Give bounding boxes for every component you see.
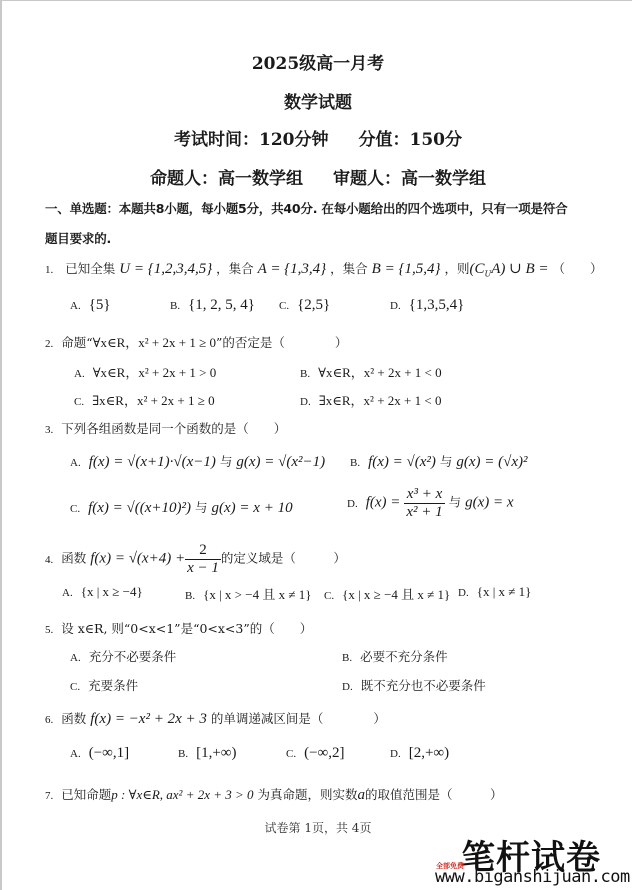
- option-text: [1,+∞): [196, 745, 236, 761]
- math-var: a: [358, 787, 366, 803]
- option-label: A.: [70, 748, 81, 760]
- question-1-option-c[interactable]: C.{2,5}: [279, 297, 330, 314]
- option-label: C.: [279, 300, 289, 312]
- question-3-option-b[interactable]: B.f(x) = √(x²) 与 g(x) = (√x)²: [350, 452, 528, 471]
- stem-text: ”的否定是（ ）: [216, 335, 347, 350]
- question-2-option-d[interactable]: D.∃x∈R，x² + 2x + 1 < 0: [300, 390, 441, 409]
- question-2-option-b[interactable]: B.∀x∈R，x² + 2x + 1 < 0: [300, 362, 442, 381]
- option-label: D.: [347, 498, 358, 510]
- option-label: A.: [70, 652, 81, 664]
- exam-time: 考试时间：120分钟: [174, 130, 329, 150]
- question-number: 7.: [45, 790, 53, 802]
- option-text: [2,+∞): [409, 745, 449, 761]
- question-1-option-b[interactable]: B.{1, 2, 5, 4}: [170, 297, 255, 314]
- stem-text: 命题“: [61, 335, 92, 350]
- fraction: 2x − 1: [185, 542, 221, 576]
- question-3-option-d[interactable]: D.f(x) = x³ + xx² + 1 与 g(x) = x: [347, 486, 514, 520]
- option-text: {x | x ≥ −4 且 x ≠ 1}: [342, 587, 450, 602]
- math-expr: f(x) = −x² + 2x + 3: [90, 711, 207, 727]
- math-expr: ∀x∈R，x² + 2x + 1 ≥ 0: [93, 335, 216, 350]
- fraction-denominator: x − 1: [185, 560, 221, 577]
- question-6-stem: 6.函数 f(x) = −x² + 2x + 3 的单调递减区间是（ ）: [45, 709, 386, 728]
- exam-title: 2025级高一月考: [2, 49, 632, 74]
- option-text: {5}: [89, 297, 111, 313]
- option-label: A.: [74, 368, 85, 380]
- connector: 与: [220, 454, 233, 469]
- exam-page: 2025级高一月考 数学试题 考试时间：120分钟分值：150分 命题人：高一数…: [0, 0, 632, 890]
- stem-text: 函数: [61, 551, 86, 566]
- math-expr: A) ∪ B =: [491, 261, 548, 277]
- math-expr: f(x) = √(x+4) +: [90, 551, 185, 567]
- stem-text: 设 x∈R, 则“0<x<1”是“0<x<3”的（ ）: [61, 621, 312, 636]
- question-2-stem: 2.命题“∀x∈R，x² + 2x + 1 ≥ 0”的否定是（ ）: [45, 332, 347, 351]
- connector: 与: [440, 454, 453, 469]
- math-expr: p : ∀x∈R, ax² + 2x + 3 > 0: [111, 787, 253, 802]
- option-text: (−∞,2]: [304, 745, 344, 761]
- function-f: f(x) = √(x+1)·√(x−1): [89, 454, 216, 470]
- question-2-option-c[interactable]: C.∃x∈R，x² + 2x + 1 ≥ 0: [74, 390, 215, 409]
- math-expr: A = {1,3,4}: [258, 261, 327, 277]
- option-label: A.: [70, 457, 81, 469]
- option-label: D.: [390, 748, 401, 760]
- function-f: f(x) = √((x+10)²): [88, 500, 191, 516]
- stem-text: 下列各组函数是同一个函数的是（ ）: [61, 421, 286, 436]
- question-1-option-a[interactable]: A.{5}: [70, 297, 111, 314]
- watermark-url: www.biganshijuan.com: [435, 867, 630, 887]
- math-expr: U = {1,2,3,4,5}: [119, 261, 212, 277]
- option-text: {1,3,5,4}: [409, 297, 465, 313]
- option-label: A.: [70, 300, 81, 312]
- stem-text: 函数: [61, 711, 86, 726]
- option-label: D.: [342, 681, 353, 693]
- question-number: 4.: [45, 554, 53, 566]
- option-text: 充要条件: [88, 678, 138, 693]
- option-text: 充分不必要条件: [89, 649, 177, 664]
- question-1-option-d[interactable]: D.{1,3,5,4}: [390, 297, 464, 314]
- fraction-numerator: x³ + x: [404, 486, 444, 504]
- option-label: B.: [185, 590, 195, 602]
- question-6-option-b[interactable]: B.[1,+∞): [178, 745, 237, 762]
- option-text: (−∞,1]: [89, 745, 129, 761]
- exam-author: 命题人：高一数学组: [150, 169, 303, 189]
- question-5-option-a[interactable]: A.充分不必要条件: [70, 647, 176, 665]
- option-label: D.: [300, 396, 311, 408]
- stem-text: 为真命题，则实数: [258, 787, 358, 802]
- stem-text: 已知全集: [65, 261, 115, 276]
- question-3-option-a[interactable]: A.f(x) = √(x+1)·√(x−1) 与 g(x) = √(x²−1): [70, 452, 325, 471]
- option-label: B.: [350, 457, 360, 469]
- question-4-option-a[interactable]: A.{x | x ≥ −4}: [62, 584, 143, 600]
- option-label: B.: [178, 748, 188, 760]
- option-label: D.: [458, 587, 469, 599]
- stem-text: 的单调递减区间是（ ）: [211, 711, 386, 726]
- option-label: B.: [170, 300, 180, 312]
- option-label: C.: [70, 503, 80, 515]
- function-g: g(x) = x + 10: [212, 500, 293, 516]
- exam-reviewer: 审题人：高一数学组: [333, 169, 486, 189]
- fraction: x³ + xx² + 1: [404, 486, 444, 520]
- stem-text: ，集合: [216, 261, 254, 276]
- question-6-option-a[interactable]: A.(−∞,1]: [70, 745, 129, 762]
- question-4-option-b[interactable]: B.{x | x > −4 且 x ≠ 1}: [185, 584, 311, 603]
- connector: 与: [195, 500, 208, 515]
- question-4-option-d[interactable]: D.{x | x ≠ 1}: [458, 584, 531, 600]
- question-2-option-a[interactable]: A.∀x∈R，x² + 2x + 1 > 0: [74, 362, 216, 381]
- answer-blank: （ ）: [552, 261, 602, 276]
- function-g: g(x) = √(x²−1): [236, 454, 325, 470]
- fraction-numerator: 2: [185, 542, 221, 560]
- section-instructions-line1: 一、单选题：本题共8小题，每小题5分，共40分. 在每小题给出的四个选项中，只有…: [45, 199, 567, 217]
- question-5-stem: 5.设 x∈R, 则“0<x<1”是“0<x<3”的（ ）: [45, 619, 312, 637]
- math-expr: (C: [469, 261, 484, 277]
- option-label: C.: [74, 396, 84, 408]
- function-g: g(x) = (√x)²: [456, 454, 527, 470]
- function-g: g(x) = x: [465, 495, 513, 511]
- option-text: {x | x ≥ −4}: [81, 584, 143, 599]
- stem-text: ，集合: [330, 261, 368, 276]
- option-label: B.: [300, 368, 310, 380]
- question-number: 6.: [45, 714, 53, 726]
- option-text: {x | x ≠ 1}: [477, 584, 532, 599]
- option-text: 既不充分也不必要条件: [361, 678, 486, 693]
- option-label: B.: [342, 652, 352, 664]
- question-5-option-b[interactable]: B.必要不充分条件: [342, 647, 448, 665]
- question-4-stem: 4.函数 f(x) = √(x+4) +2x − 1的定义域是（ ）: [45, 542, 346, 576]
- option-text: ∃x∈R，x² + 2x + 1 ≥ 0: [92, 393, 215, 408]
- question-1-stem: 1. 已知全集 U = {1,2,3,4,5} ，集合 A = {1,3,4} …: [45, 259, 602, 279]
- question-number: 2.: [45, 338, 53, 350]
- question-7-stem: 7.已知命题p : ∀x∈R, ax² + 2x + 3 > 0 为真命题，则实…: [45, 785, 503, 804]
- stem-text: 的取值范围是（ ）: [365, 787, 503, 802]
- question-4-option-c[interactable]: C.{x | x ≥ −4 且 x ≠ 1}: [324, 584, 450, 603]
- option-text: ∀x∈R，x² + 2x + 1 > 0: [93, 365, 217, 380]
- option-label: C.: [324, 590, 334, 602]
- exam-meta-time-score: 考试时间：120分钟分值：150分: [2, 125, 632, 150]
- question-number: 1.: [45, 264, 53, 276]
- exam-subject: 数学试题: [2, 88, 632, 113]
- option-label: D.: [390, 300, 401, 312]
- question-5-option-d[interactable]: D.既不充分也不必要条件: [342, 676, 486, 694]
- question-3-option-c[interactable]: C.f(x) = √((x+10)²) 与 g(x) = x + 10: [70, 498, 293, 517]
- stem-text: 已知命题: [61, 787, 111, 802]
- option-label: C.: [70, 681, 80, 693]
- option-text: ∀x∈R，x² + 2x + 1 < 0: [318, 365, 442, 380]
- option-text: 必要不充分条件: [360, 649, 448, 664]
- question-number: 3.: [45, 424, 53, 436]
- option-text: ∃x∈R，x² + 2x + 1 < 0: [319, 393, 442, 408]
- math-expr: B = {1,5,4}: [372, 261, 441, 277]
- option-text: {2,5}: [297, 297, 330, 313]
- function-f-lhs: f(x) =: [366, 495, 401, 511]
- exam-score: 分值：150分: [359, 130, 463, 150]
- stem-text: ，则: [444, 261, 469, 276]
- option-text: {x | x > −4 且 x ≠ 1}: [203, 587, 311, 602]
- option-label: A.: [62, 587, 73, 599]
- question-5-option-c[interactable]: C.充要条件: [70, 676, 138, 694]
- section-instructions-line2: 题目要求的.: [45, 229, 111, 247]
- question-6-option-c[interactable]: C.(−∞,2]: [286, 745, 345, 762]
- question-6-option-d[interactable]: D.[2,+∞): [390, 745, 449, 762]
- function-f: f(x) = √(x²): [368, 454, 436, 470]
- option-text: {1, 2, 5, 4}: [188, 297, 255, 313]
- question-number: 5.: [45, 624, 53, 636]
- option-label: C.: [286, 748, 296, 760]
- connector: 与: [449, 495, 462, 510]
- question-3-stem: 3.下列各组函数是同一个函数的是（ ）: [45, 419, 286, 437]
- fraction-denominator: x² + 1: [404, 504, 444, 521]
- stem-text: 的定义域是（ ）: [221, 551, 346, 566]
- exam-authors: 命题人：高一数学组审题人：高一数学组: [2, 164, 632, 189]
